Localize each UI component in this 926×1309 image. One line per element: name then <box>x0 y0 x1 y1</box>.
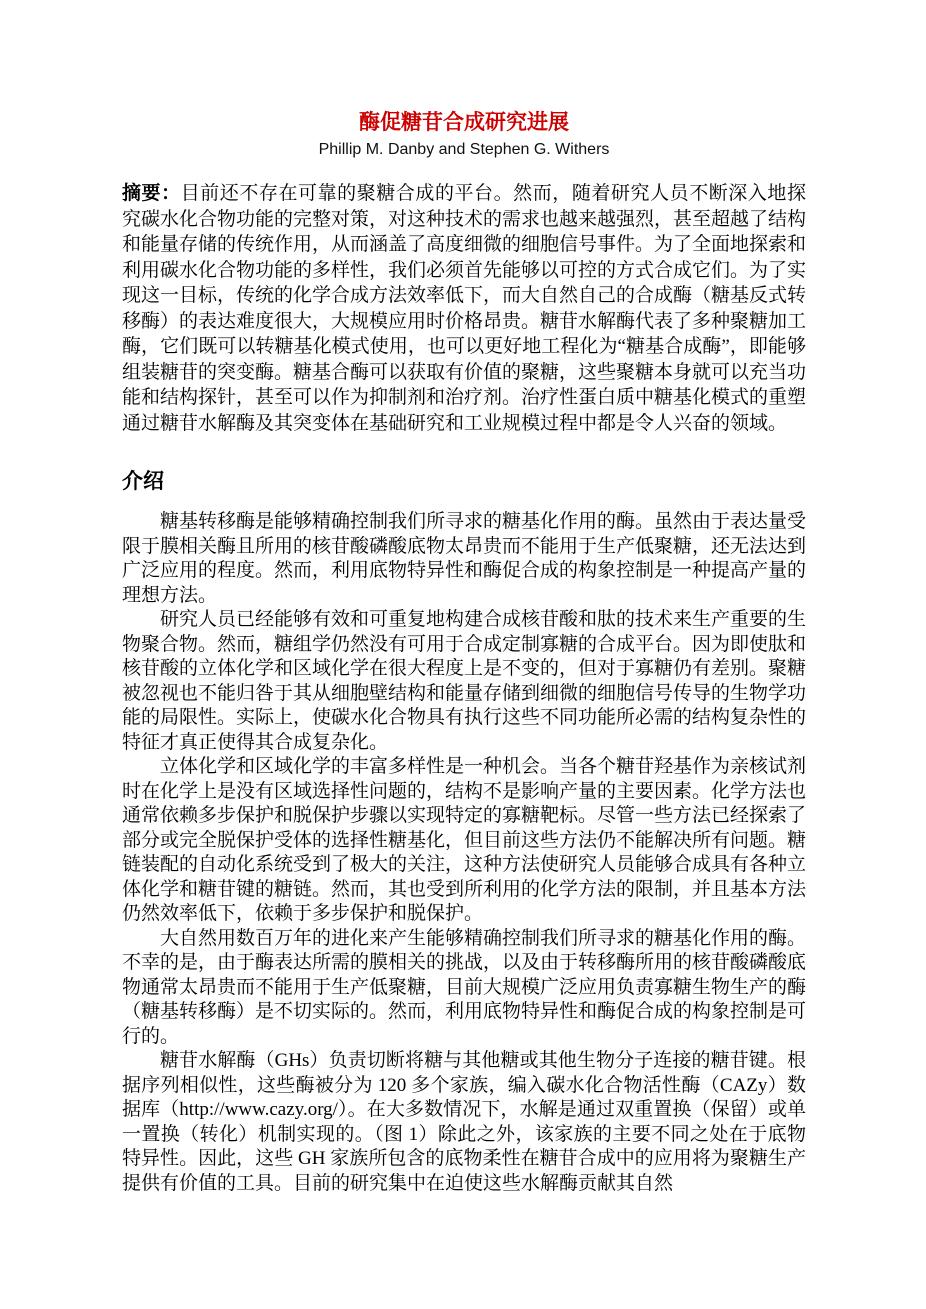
intro-paragraph-2: 研究人员已经能够有效和可重复地构建合成核苷酸和肽的技术来生产重要的生物聚合物。然… <box>122 608 806 755</box>
page-title: 酶促糖苷合成研究进展 <box>122 110 806 136</box>
intro-paragraph-3: 立体化学和区域化学的丰富多样性是一种机会。当各个糖苷羟基作为亲核试剂时在化学上是… <box>122 755 806 927</box>
abstract-text: 目前还不存在可靠的聚糖合成的平台。然而，随着研究人员不断深入地探究碳水化合物功能… <box>122 183 806 434</box>
intro-paragraph-5: 糖苷水解酶（GHs）负责切断将糖与其他糖或其他生物分子连接的糖苷键。根据序列相似… <box>122 1049 806 1196</box>
authors-line: Phillip M. Danby and Stephen G. Withers <box>122 139 806 161</box>
intro-paragraph-1: 糖基转移酶是能够精确控制我们所寻求的糖基化作用的酶。虽然由于表达量受限于膜相关酶… <box>122 510 806 608</box>
section-heading-introduction: 介绍 <box>122 469 806 495</box>
abstract-paragraph: 摘要：目前还不存在可靠的聚糖合成的平台。然而，随着研究人员不断深入地探究碳水化合… <box>122 181 806 436</box>
document-page: 酶促糖苷合成研究进展 Phillip M. Danby and Stephen … <box>0 0 926 1309</box>
intro-paragraph-4: 大自然用数百万年的进化来产生能够精确控制我们所寻求的糖基化作用的酶。不幸的是，由… <box>122 927 806 1050</box>
abstract-label: 摘要： <box>122 183 181 204</box>
document-content: 酶促糖苷合成研究进展 Phillip M. Danby and Stephen … <box>122 110 806 1196</box>
